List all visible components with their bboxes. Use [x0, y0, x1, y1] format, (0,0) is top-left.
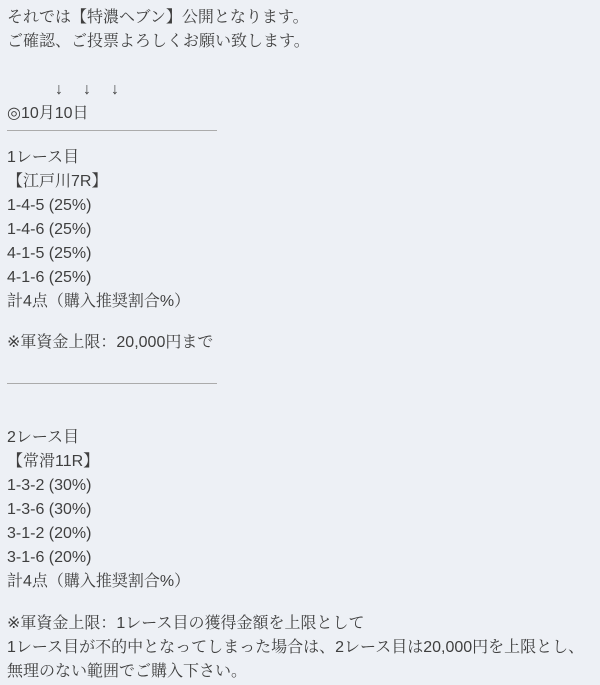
bet-total: 計4点（購入推奨割合%） [7, 290, 593, 314]
race-note: ※軍資金上限：1レース目の獲得金額を上限として [7, 612, 593, 636]
bet-line: 1-4-6 (25%) [7, 218, 593, 242]
race-section-2: 2レース目 【常滑11R】 1-3-2 (30%) 1-3-6 (30%) 3-… [7, 426, 593, 684]
race-note-block: ※軍資金上限：20,000円まで [7, 331, 593, 355]
race-venue: 【常滑11R】 [7, 450, 593, 474]
bet-line: 3-1-2 (20%) [7, 522, 593, 546]
race-section-1: 1レース目 【江戸川7R】 1-4-5 (25%) 1-4-6 (25%) 4-… [7, 146, 593, 355]
race-venue: 【江戸川7R】 [7, 170, 593, 194]
race-title: 2レース目 [7, 426, 593, 450]
divider [7, 130, 217, 131]
date-heading: ◎10月10日 [7, 102, 593, 126]
intro-line-1: それでは【特濃ヘブン】公開となります。 [7, 6, 593, 30]
intro-line-2: ご確認、ご投票よろしくお願い致します。 [7, 30, 593, 54]
bet-line: 3-1-6 (20%) [7, 546, 593, 570]
bet-line: 1-3-6 (30%) [7, 498, 593, 522]
bet-total: 計4点（購入推奨割合%） [7, 570, 593, 594]
race-note: ※軍資金上限：20,000円まで [7, 331, 593, 355]
race-title: 1レース目 [7, 146, 593, 170]
message-body: それでは【特濃ヘブン】公開となります。 ご確認、ご投票よろしくお願い致します。 … [0, 0, 600, 685]
divider [7, 383, 217, 384]
bet-line: 1-3-2 (30%) [7, 474, 593, 498]
bet-line: 4-1-5 (25%) [7, 242, 593, 266]
race-note-block: ※軍資金上限：1レース目の獲得金額を上限として 1レース目が不的中となってしまっ… [7, 612, 593, 684]
down-arrows-icon: ↓ ↓ ↓ [7, 78, 593, 102]
race-note: 1レース目が不的中となってしまった場合は、2レース目は20,000円を上限とし、… [7, 636, 593, 684]
bet-line: 1-4-5 (25%) [7, 194, 593, 218]
bet-line: 4-1-6 (25%) [7, 266, 593, 290]
